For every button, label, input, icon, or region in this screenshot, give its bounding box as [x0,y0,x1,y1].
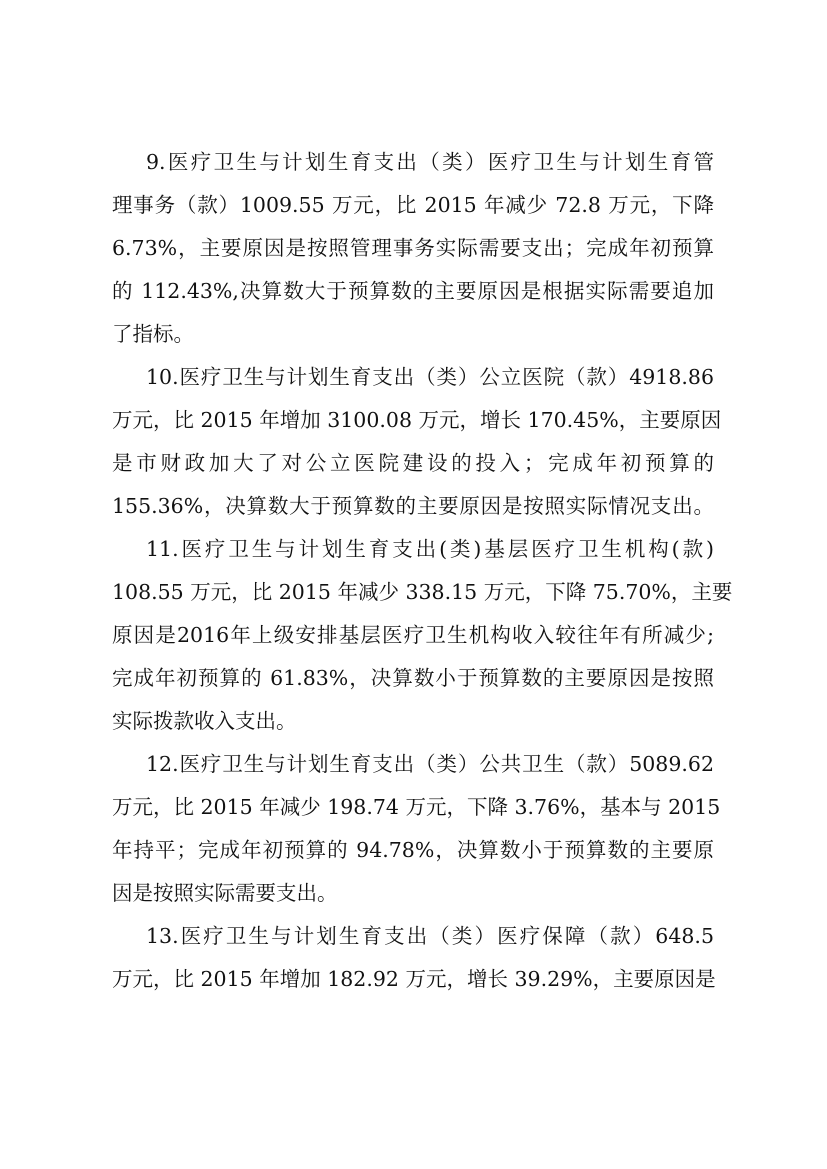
text-line: 万元，比 2015 年增加 182.92 万元，增长 39.29%，主要原因是 [112,964,714,994]
text-line: 原因是2016年上级安排基层医疗卫生机构收入较往年有所减少; [112,620,714,650]
text-line: 12.医疗卫生与计划生育支出（类）公共卫生（款）5089.62 [146,749,714,779]
text-line: 因是按照实际需要支出。 [112,878,714,908]
text-line: 年持平；完成年初预算的 94.78%，决算数小于预算数的主要原 [112,835,714,865]
text-line: 10.医疗卫生与计划生育支出（类）公立医院（款）4918.86 [146,362,714,392]
text-line: 9.医疗卫生与计划生育支出（类）医疗卫生与计划生育管 [146,147,714,177]
text-line: 6.73%，主要原因是按照管理事务实际需要支出；完成年初预算 [112,233,714,263]
text-line: 108.55 万元，比 2015 年减少 338.15 万元，下降 75.70%… [112,577,714,607]
text-line: 11.医疗卫生与计划生育支出(类)基层医疗卫生机构(款) [146,534,714,564]
text-line: 完成年初预算的 61.83%，决算数小于预算数的主要原因是按照 [112,663,714,693]
text-line: 是市财政加大了对公立医院建设的投入；完成年初预算的 [112,448,714,478]
text-line: 了指标。 [112,319,714,349]
text-line: 万元，比 2015 年减少 198.74 万元，下降 3.76%，基本与 201… [112,792,714,822]
text-line: 实际拨款收入支出。 [112,706,714,736]
text-line: 155.36%，决算数大于预算数的主要原因是按照实际情况支出。 [112,491,714,521]
text-line: 万元，比 2015 年增加 3100.08 万元，增长 170.45%，主要原因 [112,405,714,435]
text-line: 的 112.43%,决算数大于预算数的主要原因是根据实际需要追加 [112,276,714,306]
text-line: 理事务（款）1009.55 万元，比 2015 年减少 72.8 万元，下降 [112,190,714,220]
document-page: 9.医疗卫生与计划生育支出（类）医疗卫生与计划生育管 理事务（款）1009.55… [0,0,827,1169]
text-line: 13.医疗卫生与计划生育支出（类）医疗保障（款）648.5 [146,921,714,951]
